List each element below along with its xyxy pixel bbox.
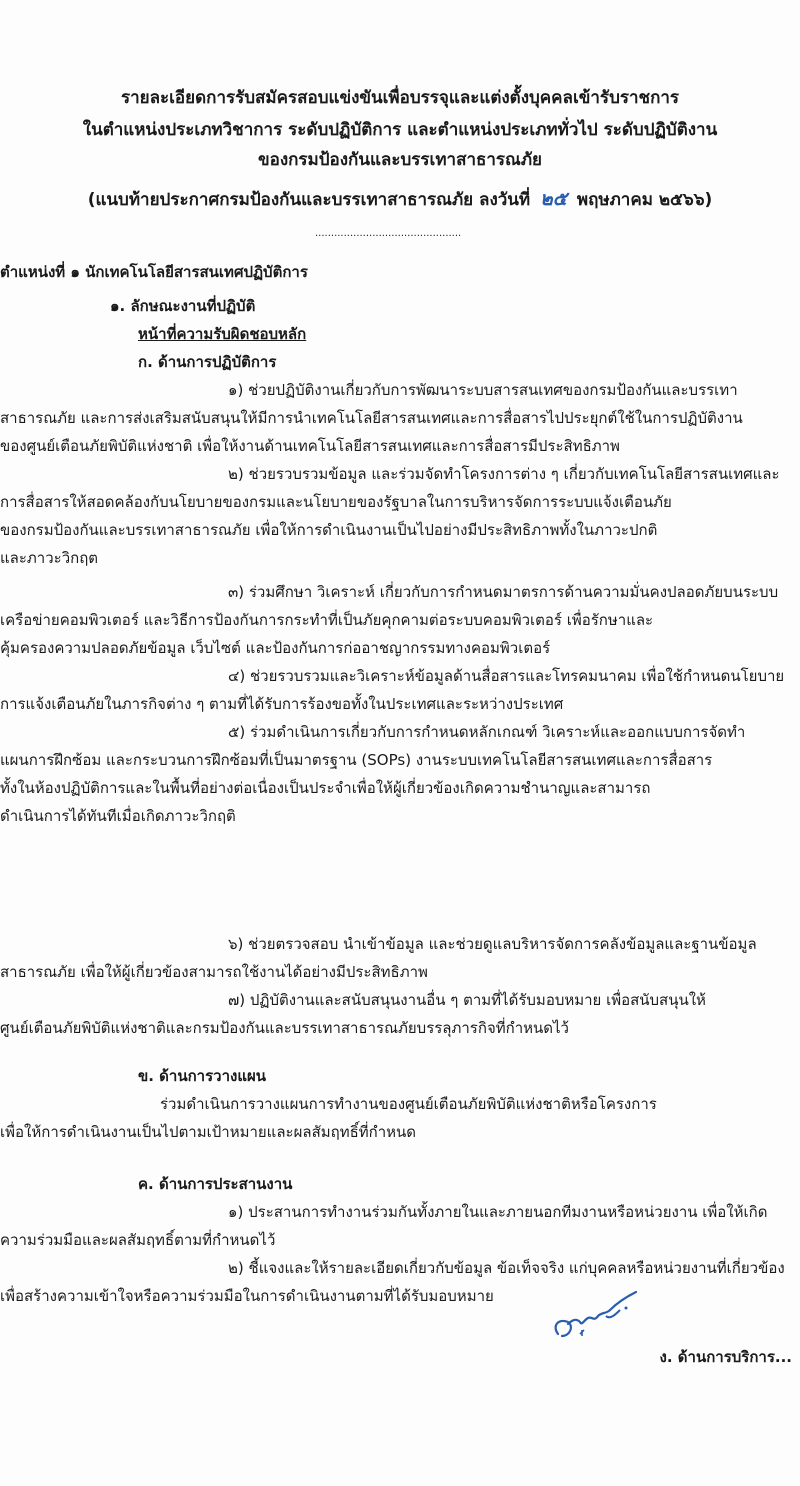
ops-item-3-line-3: คุ้มครองความปลอดภัยข้อมูล เว็บไซต์ และป้… bbox=[0, 638, 550, 658]
coord-item-2-line-1: ๒) ชี้แจงและให้รายละเอียดเกี่ยวกับข้อมูล… bbox=[228, 1258, 785, 1278]
ops-item-2-line-2: การสื่อสารให้สอดคล้องกับนโยบายของกรมและน… bbox=[0, 492, 672, 512]
coord-item-2-line-2: เพื่อสร้างความเข้าใจหรือความร่วมมือในการ… bbox=[0, 1286, 494, 1306]
ops-item-2-line-4: และภาวะวิกฤต bbox=[0, 548, 98, 568]
ops-item-1-line-2: สาธารณภัย และการส่งเสริมสนับสนุนให้มีการ… bbox=[0, 408, 743, 428]
title-line-2: ในตำแหน่งประเภทวิชาการ ระดับปฏิบัติการ แ… bbox=[0, 116, 800, 143]
planning-line-1: ร่วมดำเนินการวางแผนการทำงานของศูนย์เตือน… bbox=[160, 1094, 657, 1114]
ops-item-2-line-3: ของกรมป้องกันและบรรเทาสาธารณภัย เพื่อให้… bbox=[0, 520, 657, 540]
document-page: รายละเอียดการรับสมัครสอบแข่งขันเพื่อบรรจ… bbox=[0, 0, 800, 1486]
ops-item-5-line-3: ทั้งในห้องปฏิบัติการและในพื้นที่อย่างต่อ… bbox=[0, 778, 650, 798]
main-duties-heading: หน้าที่ความรับผิดชอบหลัก bbox=[138, 324, 306, 344]
ops-item-3-line-1: ๓) ร่วมศึกษา วิเคราะห์ เกี่ยวกับการกำหนด… bbox=[228, 582, 778, 602]
section-coordination-heading: ค. ด้านการประสานงาน bbox=[138, 1174, 292, 1194]
coord-item-1-line-1: ๑) ประสานการทำงานร่วมกันทั้งภายในและภายน… bbox=[228, 1202, 767, 1222]
section-planning-heading: ข. ด้านการวางแผน bbox=[138, 1066, 266, 1086]
ops-item-5-line-2: แผนการฝึกซ้อม และกระบวนการฝึกซ้อมที่เป็น… bbox=[0, 750, 712, 770]
title-line-3: ของกรมป้องกันและบรรเทาสาธารณภัย bbox=[0, 146, 800, 173]
ops-item-1-line-1: ๑) ช่วยปฏิบัติงานเกี่ยวกับการพัฒนาระบบสา… bbox=[228, 380, 738, 400]
section1-heading: ๑. ลักษณะงานที่ปฏิบัติ bbox=[110, 296, 255, 316]
continuation-text: ง. ด้านการบริการ... bbox=[660, 1345, 792, 1369]
ops-item-3-line-2: เครือข่ายคอมพิวเตอร์ และวิธีการป้องกันกา… bbox=[0, 610, 653, 630]
ops-item-7-line-1: ๗) ปฏิบัติงานและสนับสนุนงานอื่น ๆ ตามที่… bbox=[228, 990, 706, 1010]
ops-item-5-line-1: ๕) ร่วมดำเนินการเกี่ยวกับการกำหนดหลักเกณ… bbox=[228, 722, 745, 742]
ops-item-4-line-2: การแจ้งเตือนภัยในภารกิจต่าง ๆ ตามที่ได้ร… bbox=[0, 694, 563, 714]
ops-item-7-line-2: ศูนย์เตือนภัยพิบัติแห่งชาติและกรมป้องกัน… bbox=[0, 1018, 569, 1038]
planning-line-2: เพื่อให้การดำเนินงานเป็นไปตามเป้าหมายและ… bbox=[0, 1122, 416, 1142]
ops-item-5-line-4: ดำเนินการได้ทันทีเมื่อเกิดภาวะวิกฤติ bbox=[0, 806, 236, 826]
coord-item-1-line-2: ความร่วมมือและผลสัมฤทธิ์ตามที่กำหนดไว้ bbox=[0, 1230, 275, 1250]
section-ops-heading: ก. ด้านการปฏิบัติการ bbox=[138, 352, 276, 372]
title-line-1: รายละเอียดการรับสมัครสอบแข่งขันเพื่อบรรจ… bbox=[0, 84, 800, 111]
position-heading: ตำแหน่งที่ ๑ นักเทคโนโลยีสารสนเทศปฏิบัติ… bbox=[0, 262, 308, 282]
annex-suffix: พฤษภาคม ๒๕๖๖) bbox=[577, 190, 712, 210]
ops-item-1-line-3: ของศูนย์เตือนภัยพิบัติแห่งชาติ เพื่อให้ง… bbox=[0, 436, 620, 456]
separator-dots: ........................................… bbox=[315, 228, 461, 239]
annex-prefix: (แนบท้ายประกาศกรมป้องกันและบรรเทาสาธารณภ… bbox=[88, 190, 530, 210]
annex-line: (แนบท้ายประกาศกรมป้องกันและบรรเทาสาธารณภ… bbox=[0, 184, 800, 214]
ops-item-6-line-2: สาธารณภัย เพื่อให้ผู้เกี่ยวข้องสามารถใช้… bbox=[0, 962, 428, 982]
signature-icon bbox=[550, 1290, 640, 1346]
ops-item-2-line-1: ๒) ช่วยรวบรวมข้อมูล และร่วมจัดทำโครงการต… bbox=[228, 464, 780, 484]
handwritten-day: ๒๕ bbox=[536, 188, 571, 210]
ops-item-4-line-1: ๔) ช่วยรวบรวมและวิเคราะห์ข้อมูลด้านสื่อส… bbox=[228, 666, 784, 686]
ops-item-6-line-1: ๖) ช่วยตรวจสอบ นำเข้าข้อมูล และช่วยดูแลบ… bbox=[228, 934, 757, 954]
